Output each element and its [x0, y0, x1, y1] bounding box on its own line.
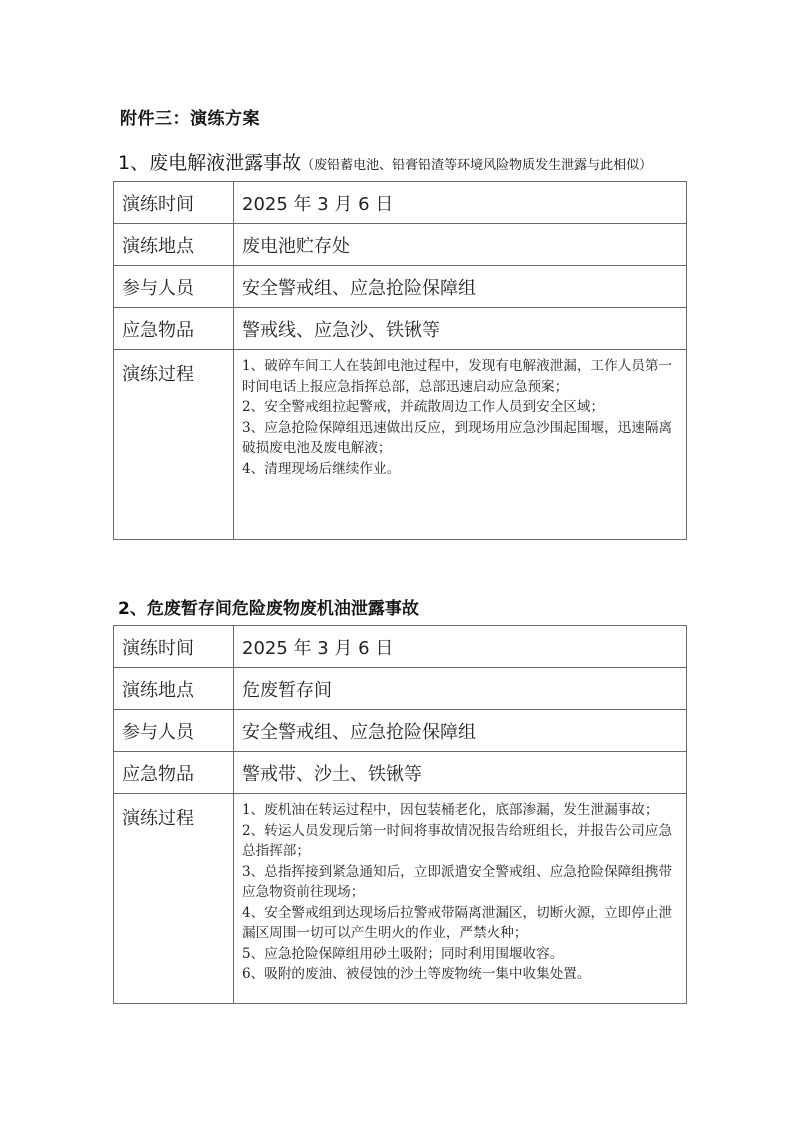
process-step: 5、应急抢险保障组用砂土吸附；同时利用围堰收容。 — [242, 944, 678, 965]
row-label: 演练时间 — [114, 182, 234, 224]
row-value: 警戒带、沙土、铁锹等 — [234, 752, 687, 794]
row-value: 危废暂存间 — [234, 668, 687, 710]
row-value: 2025 年 3 月 6 日 — [234, 182, 687, 224]
process-step: 2、转运人员发现后第一时间将事故情况报告给班组长，并报告公司应急总指挥部； — [242, 821, 678, 862]
table-row: 演练时间 2025 年 3 月 6 日 — [114, 182, 687, 224]
row-label: 演练地点 — [114, 224, 234, 266]
process-label: 演练过程 — [114, 794, 234, 1004]
table-row: 应急物品 警戒线、应急沙、铁锹等 — [114, 308, 687, 350]
table-row: 演练时间 2025 年 3 月 6 日 — [114, 626, 687, 668]
row-label: 演练地点 — [114, 668, 234, 710]
process-step: 6、吸附的废油、被侵蚀的沙土等废物统一集中收集处置。 — [242, 964, 678, 985]
row-value: 安全警戒组、应急抢险保障组 — [234, 266, 687, 308]
process-step: 4、安全警戒组到达现场后拉警戒带隔离泄漏区，切断火源，立即停止泄漏区周围一切可以… — [242, 903, 678, 944]
row-value: 废电池贮存处 — [234, 224, 687, 266]
document-title: 附件三：演练方案 — [120, 104, 260, 129]
process-step: 2、安全警戒组拉起警戒，并疏散周边工作人员到安全区域； — [242, 397, 678, 418]
row-value: 安全警戒组、应急抢险保障组 — [234, 710, 687, 752]
process-steps: 1、废机油在转运过程中，因包装桶老化，底部渗漏，发生泄漏事故； 2、转运人员发现… — [234, 794, 687, 1004]
section1-heading: 1、废电解液泄露事故（废铅蓄电池、铅膏铅渣等环境风险物质发生泄露与此相似） — [118, 148, 652, 175]
table-row-process: 演练过程 1、废机油在转运过程中，因包装桶老化，底部渗漏，发生泄漏事故； 2、转… — [114, 794, 687, 1004]
row-value: 2025 年 3 月 6 日 — [234, 626, 687, 668]
section1-heading-text: 1、废电解液泄露事故 — [118, 152, 301, 174]
table-row-process: 演练过程 1、破碎车间工人在装卸电池过程中，发现有电解液泄漏，工作人员第一时间电… — [114, 350, 687, 540]
row-value: 警戒线、应急沙、铁锹等 — [234, 308, 687, 350]
row-label: 演练时间 — [114, 626, 234, 668]
table-row: 参与人员 安全警戒组、应急抢险保障组 — [114, 710, 687, 752]
section1-note: （废铅蓄电池、铅膏铅渣等环境风险物质发生泄露与此相似） — [301, 158, 652, 173]
table-row: 应急物品 警戒带、沙土、铁锹等 — [114, 752, 687, 794]
table-row: 演练地点 危废暂存间 — [114, 668, 687, 710]
process-step: 1、破碎车间工人在装卸电池过程中，发现有电解液泄漏，工作人员第一时间电话上报应急… — [242, 356, 678, 397]
row-label: 参与人员 — [114, 266, 234, 308]
process-step: 4、清理现场后继续作业。 — [242, 459, 678, 480]
process-label: 演练过程 — [114, 350, 234, 540]
section2-table: 演练时间 2025 年 3 月 6 日 演练地点 危废暂存间 参与人员 安全警戒… — [113, 625, 687, 1004]
row-label: 应急物品 — [114, 308, 234, 350]
table-row: 参与人员 安全警戒组、应急抢险保障组 — [114, 266, 687, 308]
process-steps: 1、破碎车间工人在装卸电池过程中，发现有电解液泄漏，工作人员第一时间电话上报应急… — [234, 350, 687, 540]
table-row: 演练地点 废电池贮存处 — [114, 224, 687, 266]
section2-heading: 2、危废暂存间危险废物废机油泄露事故 — [118, 594, 419, 619]
section1-table: 演练时间 2025 年 3 月 6 日 演练地点 废电池贮存处 参与人员 安全警… — [113, 181, 687, 540]
process-step: 3、应急抢险保障组迅速做出反应，到现场用应急沙围起围堰，迅速隔离破损废电池及废电… — [242, 418, 678, 459]
row-label: 参与人员 — [114, 710, 234, 752]
row-label: 应急物品 — [114, 752, 234, 794]
process-step: 3、总指挥接到紧急通知后，立即派遣安全警戒组、应急抢险保障组携带应急物资前往现场… — [242, 862, 678, 903]
process-step: 1、废机油在转运过程中，因包装桶老化，底部渗漏，发生泄漏事故； — [242, 800, 678, 821]
